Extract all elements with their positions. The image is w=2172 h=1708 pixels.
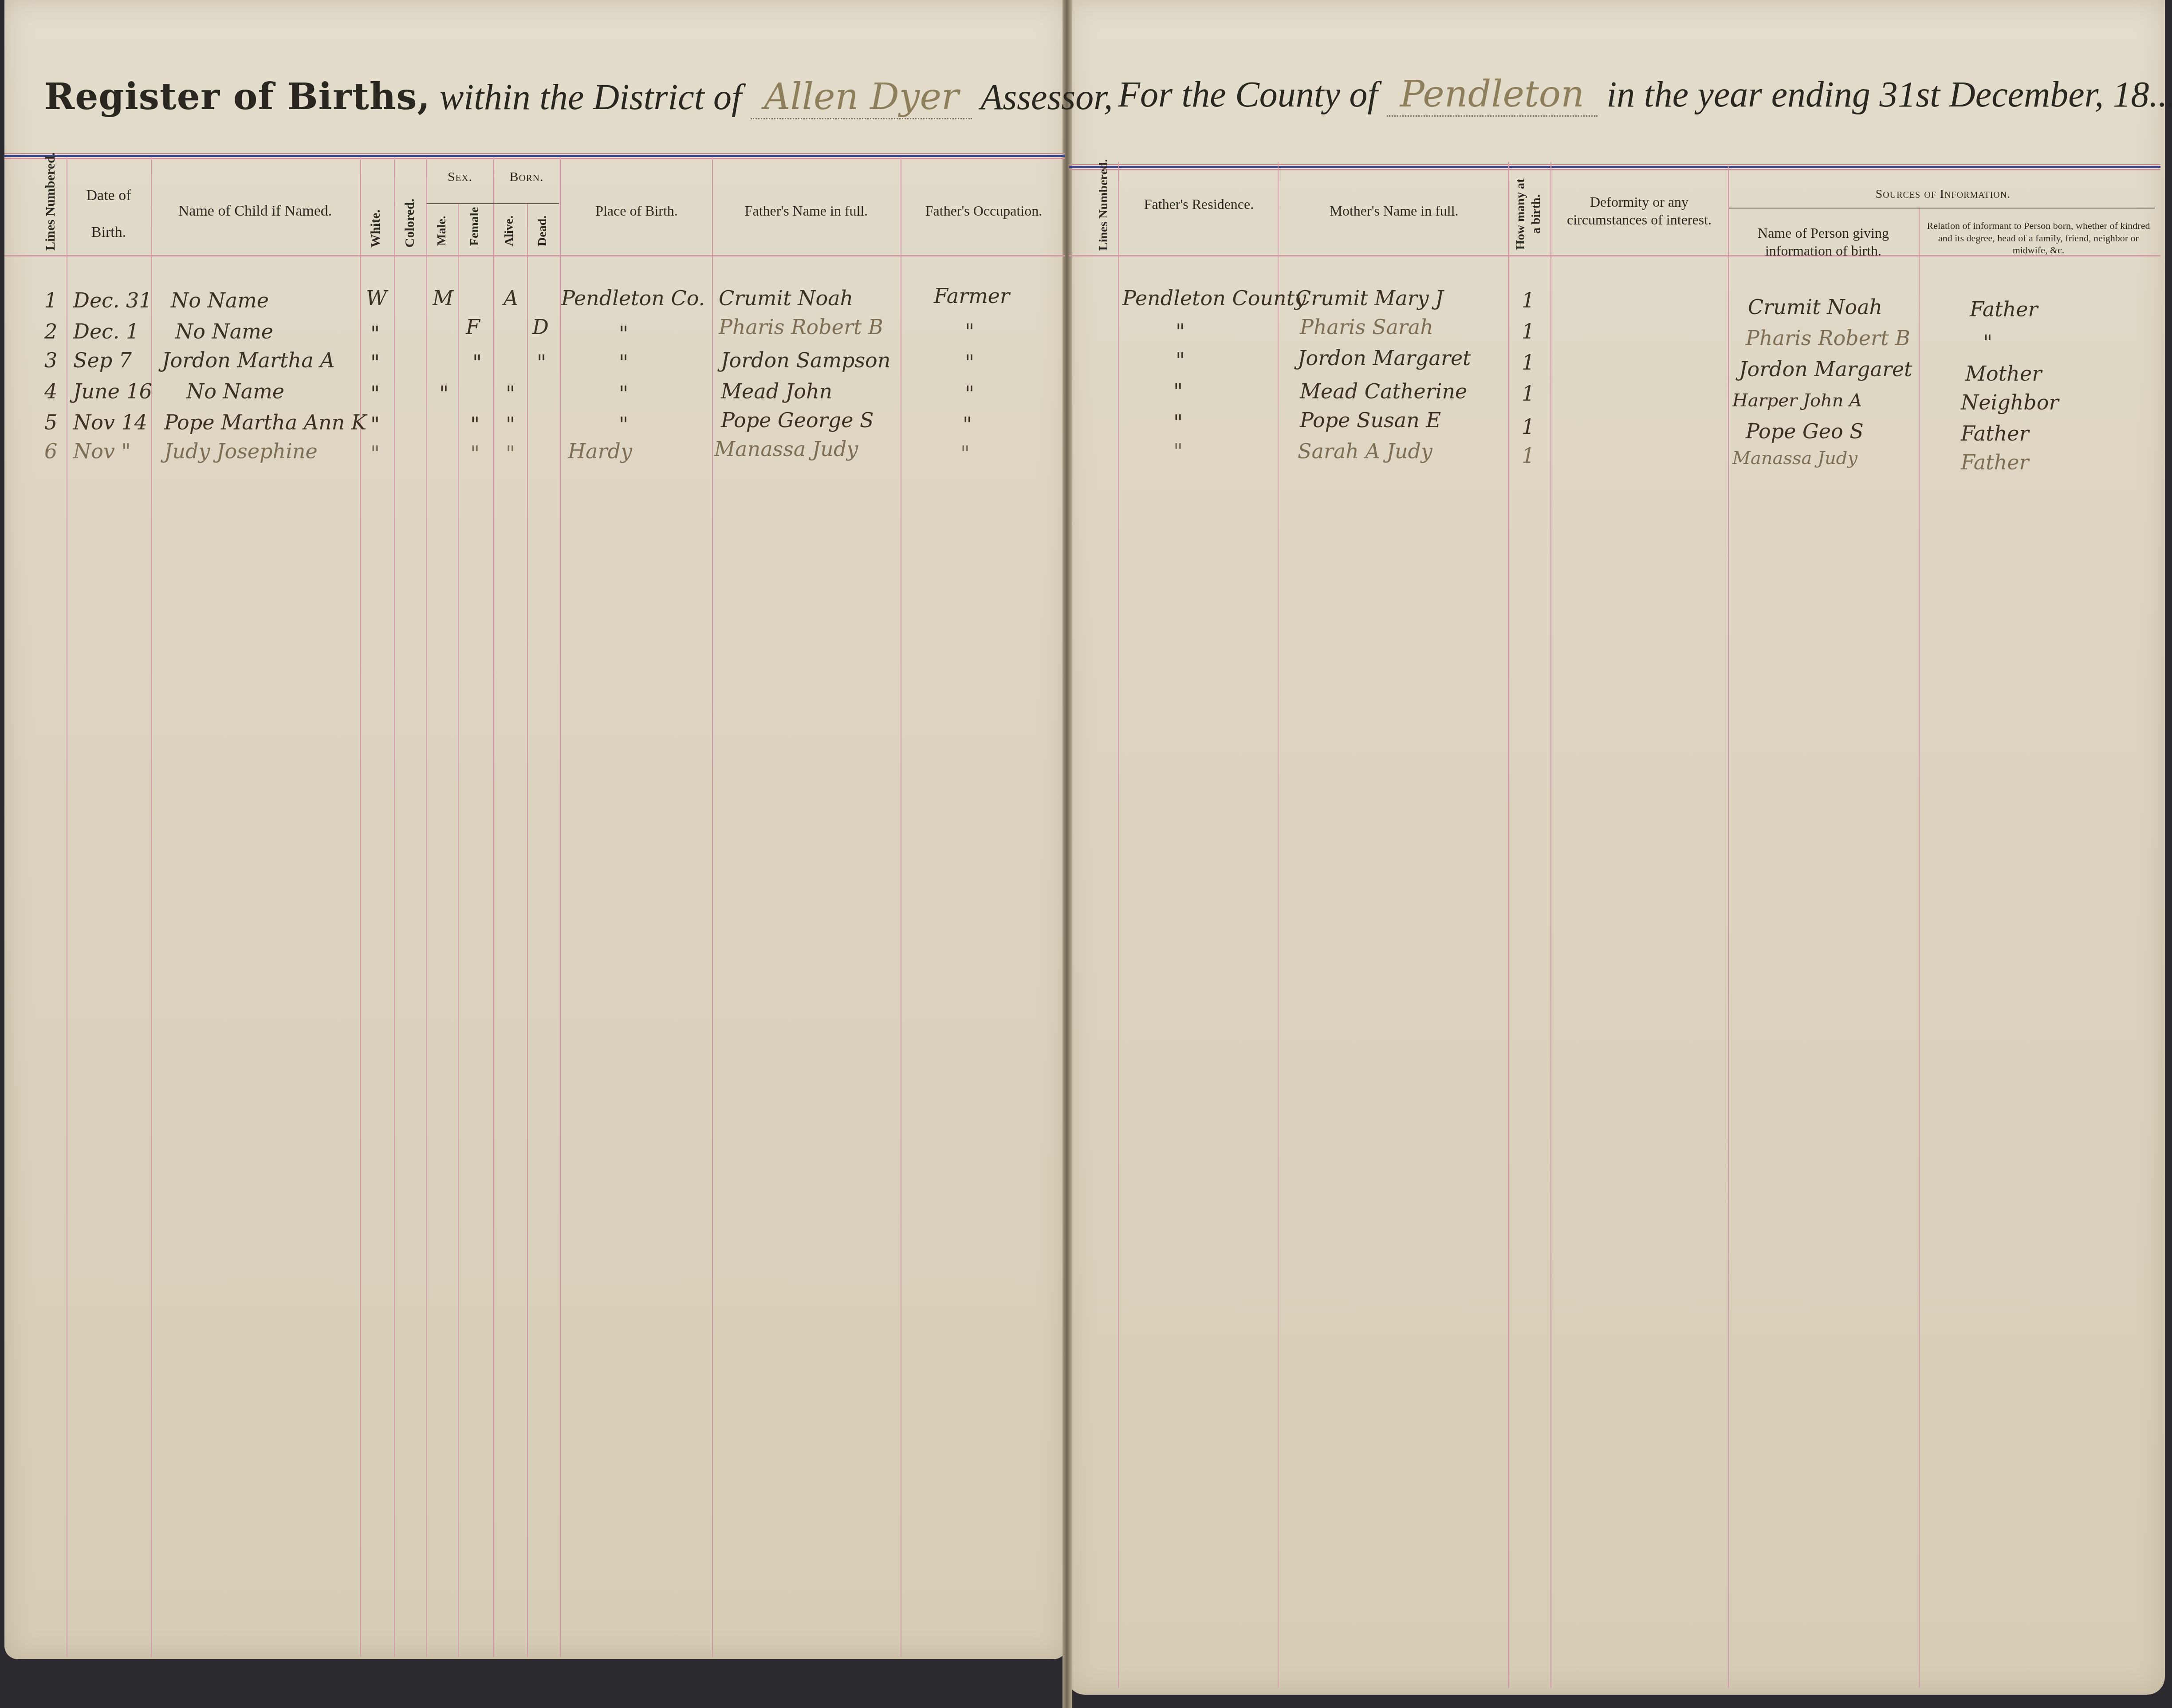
row-date: Dec. 1 — [73, 319, 139, 343]
row-occupation: " — [965, 350, 974, 374]
col-divider — [458, 204, 459, 1657]
row-occupation: " — [963, 413, 972, 437]
row-white: " — [370, 350, 380, 374]
row-father: Mead John — [721, 379, 832, 403]
row-date: Nov 14 — [73, 410, 147, 434]
row-place: " — [619, 413, 628, 437]
header-date-of-birth: Date of Birth. — [71, 186, 146, 242]
row-white: W — [366, 286, 387, 310]
header-dead: Dead. — [535, 213, 550, 248]
left-page — [4, 0, 1067, 1659]
district-name: Allen Dyer — [751, 76, 972, 119]
header-male: Male. — [434, 213, 449, 248]
row-occupation: " — [965, 319, 974, 343]
row-how-many: 1 — [1522, 382, 1535, 405]
header-date-line1: Date of — [71, 186, 146, 205]
row-father: Pope George S — [721, 408, 874, 432]
county-name: Pendleton — [1387, 73, 1598, 117]
header-sex: Sex. — [427, 169, 493, 185]
row-line-number: 2 — [44, 319, 57, 343]
row-how-many: 1 — [1522, 319, 1535, 343]
header-informant-name: Name of Person giving information of bir… — [1732, 224, 1914, 260]
col-divider — [560, 157, 561, 1657]
row-how-many: 1 — [1522, 288, 1535, 312]
row-white: " — [370, 413, 380, 437]
row-relation: Mother — [1965, 362, 2042, 386]
row-informant: Jordon Margaret — [1739, 357, 1912, 381]
row-male: " — [439, 382, 449, 405]
col-divider — [1728, 166, 1729, 1688]
row-occupation: " — [960, 441, 970, 465]
row-residence: " — [1173, 410, 1183, 434]
title-year: in the year ending 31st December, 18... — [1607, 74, 2172, 114]
sources-underline — [1729, 208, 2155, 209]
row-alive: " — [506, 441, 515, 465]
row-mother: Pope Susan E — [1300, 408, 1441, 432]
row-mother: Pharis Sarah — [1300, 315, 1433, 339]
col-divider — [527, 204, 528, 1657]
row-child-name: No Name — [171, 288, 269, 312]
header-rule-left — [4, 153, 1065, 159]
row-residence: " — [1173, 439, 1183, 463]
row-mother: Jordon Margaret — [1298, 346, 1471, 370]
row-child-name: No Name — [175, 319, 273, 343]
row-place: " — [619, 322, 628, 346]
col-divider — [1919, 209, 1920, 1688]
row-female: F — [466, 315, 480, 339]
row-female: " — [470, 441, 480, 465]
row-child-name: Pope Martha Ann K — [164, 410, 366, 434]
row-father: Manassa Judy — [714, 437, 858, 461]
row-child-name: Judy Josephine — [164, 439, 318, 463]
header-deformity: Deformity or any circumstances of intere… — [1557, 193, 1721, 228]
row-residence: " — [1173, 379, 1183, 403]
row-alive: " — [506, 382, 515, 405]
header-place-of-birth: Place of Birth. — [563, 202, 710, 220]
col-divider — [901, 157, 901, 1657]
row-place: Pendleton Co. — [561, 286, 705, 310]
row-father: Pharis Robert B — [719, 315, 883, 339]
row-father: Jordon Sampson — [721, 348, 890, 372]
header-father-name: Father's Name in full. — [714, 202, 898, 220]
row-mother: Crumit Mary J — [1295, 286, 1444, 310]
row-line-number: 3 — [44, 348, 57, 372]
header-how-many: How many at a birth. — [1513, 177, 1548, 251]
col-divider — [1508, 162, 1509, 1688]
header-born: Born. — [493, 169, 560, 185]
row-place: " — [619, 382, 628, 405]
row-white: " — [370, 382, 380, 405]
left-title: Register of Births, within the District … — [44, 75, 1113, 118]
row-line-number: 6 — [44, 439, 57, 463]
row-place: " — [619, 350, 628, 374]
row-date: Sep 7 — [73, 348, 132, 372]
row-relation: " — [1983, 331, 1992, 354]
row-line-number: 1 — [44, 288, 57, 312]
row-date: Dec. 31 — [73, 288, 152, 312]
row-residence: Pendleton County — [1122, 286, 1306, 310]
row-relation: Father — [1961, 450, 2029, 474]
col-divider — [394, 157, 395, 1657]
row-mother: Sarah A Judy — [1298, 439, 1432, 463]
col-divider — [712, 157, 713, 1657]
row-how-many: 1 — [1522, 415, 1535, 439]
col-divider — [1118, 162, 1119, 1688]
row-informant: Pope Geo S — [1746, 419, 1864, 443]
row-alive: " — [506, 413, 515, 437]
title-district-label: within the District of — [440, 77, 742, 117]
row-informant: Manassa Judy — [1732, 448, 1857, 468]
col-divider — [67, 157, 67, 1657]
row-female: " — [472, 350, 482, 374]
row-child-name: No Name — [186, 379, 284, 403]
row-line-number: 5 — [44, 410, 57, 434]
title-county-label: For the County of — [1118, 74, 1377, 114]
row-informant: Harper John A — [1732, 390, 1862, 411]
title-register: Register of Births, — [44, 75, 430, 118]
row-mother: Mead Catherine — [1300, 379, 1467, 403]
row-residence: " — [1176, 319, 1185, 343]
row-white: " — [370, 441, 380, 465]
row-male: M — [433, 286, 453, 310]
col-divider — [360, 157, 361, 1657]
row-father: Crumit Noah — [719, 286, 853, 310]
row-place: Hardy — [568, 439, 632, 463]
row-white: " — [370, 322, 380, 346]
header-sources: Sources of Information. — [1730, 186, 2156, 202]
header-father-occupation: Father's Occupation. — [903, 202, 1065, 220]
row-date: June 16 — [73, 379, 152, 403]
header-bottom-line-left — [4, 255, 1065, 256]
header-white: White. — [367, 209, 384, 248]
row-female: " — [470, 413, 480, 437]
col-divider — [426, 157, 427, 1657]
header-father-residence: Father's Residence. — [1122, 195, 1275, 213]
row-occupation: " — [965, 382, 974, 405]
header-lines-numbered: Lines Numbered. — [42, 171, 59, 251]
row-relation: Neighbor — [1961, 390, 2058, 414]
row-how-many: 1 — [1522, 444, 1535, 468]
header-female: Female — [467, 204, 482, 248]
row-informant: Pharis Robert B — [1746, 326, 1910, 350]
header-child-name: Name of Child if Named. — [155, 202, 355, 221]
row-dead: " — [537, 350, 546, 374]
row-relation: Father — [1961, 421, 2029, 445]
row-relation: Father — [1970, 297, 2038, 321]
row-occupation: Farmer — [934, 284, 1010, 308]
header-alive: Alive. — [501, 213, 517, 248]
header-lines-numbered-right: Lines Numbered. — [1096, 175, 1111, 251]
title-assessor: Assessor, — [980, 77, 1113, 117]
row-informant: Crumit Noah — [1748, 295, 1882, 319]
right-title: For the County of Pendleton in the year … — [1118, 73, 2172, 115]
col-divider — [1278, 162, 1279, 1688]
row-alive: A — [504, 286, 518, 310]
header-informant-relation: Relation of informant to Person born, wh… — [1923, 220, 2154, 256]
header-colored: Colored. — [401, 195, 418, 251]
row-dead: D — [532, 315, 549, 339]
sex-born-underline — [427, 203, 559, 204]
col-divider — [1550, 162, 1551, 1688]
row-date: Nov " — [73, 439, 131, 463]
row-how-many: 1 — [1522, 350, 1535, 374]
row-residence: " — [1176, 348, 1185, 372]
row-child-name: Jordon Martha A — [162, 348, 334, 372]
col-divider — [493, 157, 494, 1657]
header-rule-right — [1069, 164, 2160, 170]
header-date-line2: Birth. — [71, 223, 146, 242]
row-line-number: 4 — [44, 379, 57, 403]
header-mother-name: Mother's Name in full. — [1282, 202, 1506, 220]
